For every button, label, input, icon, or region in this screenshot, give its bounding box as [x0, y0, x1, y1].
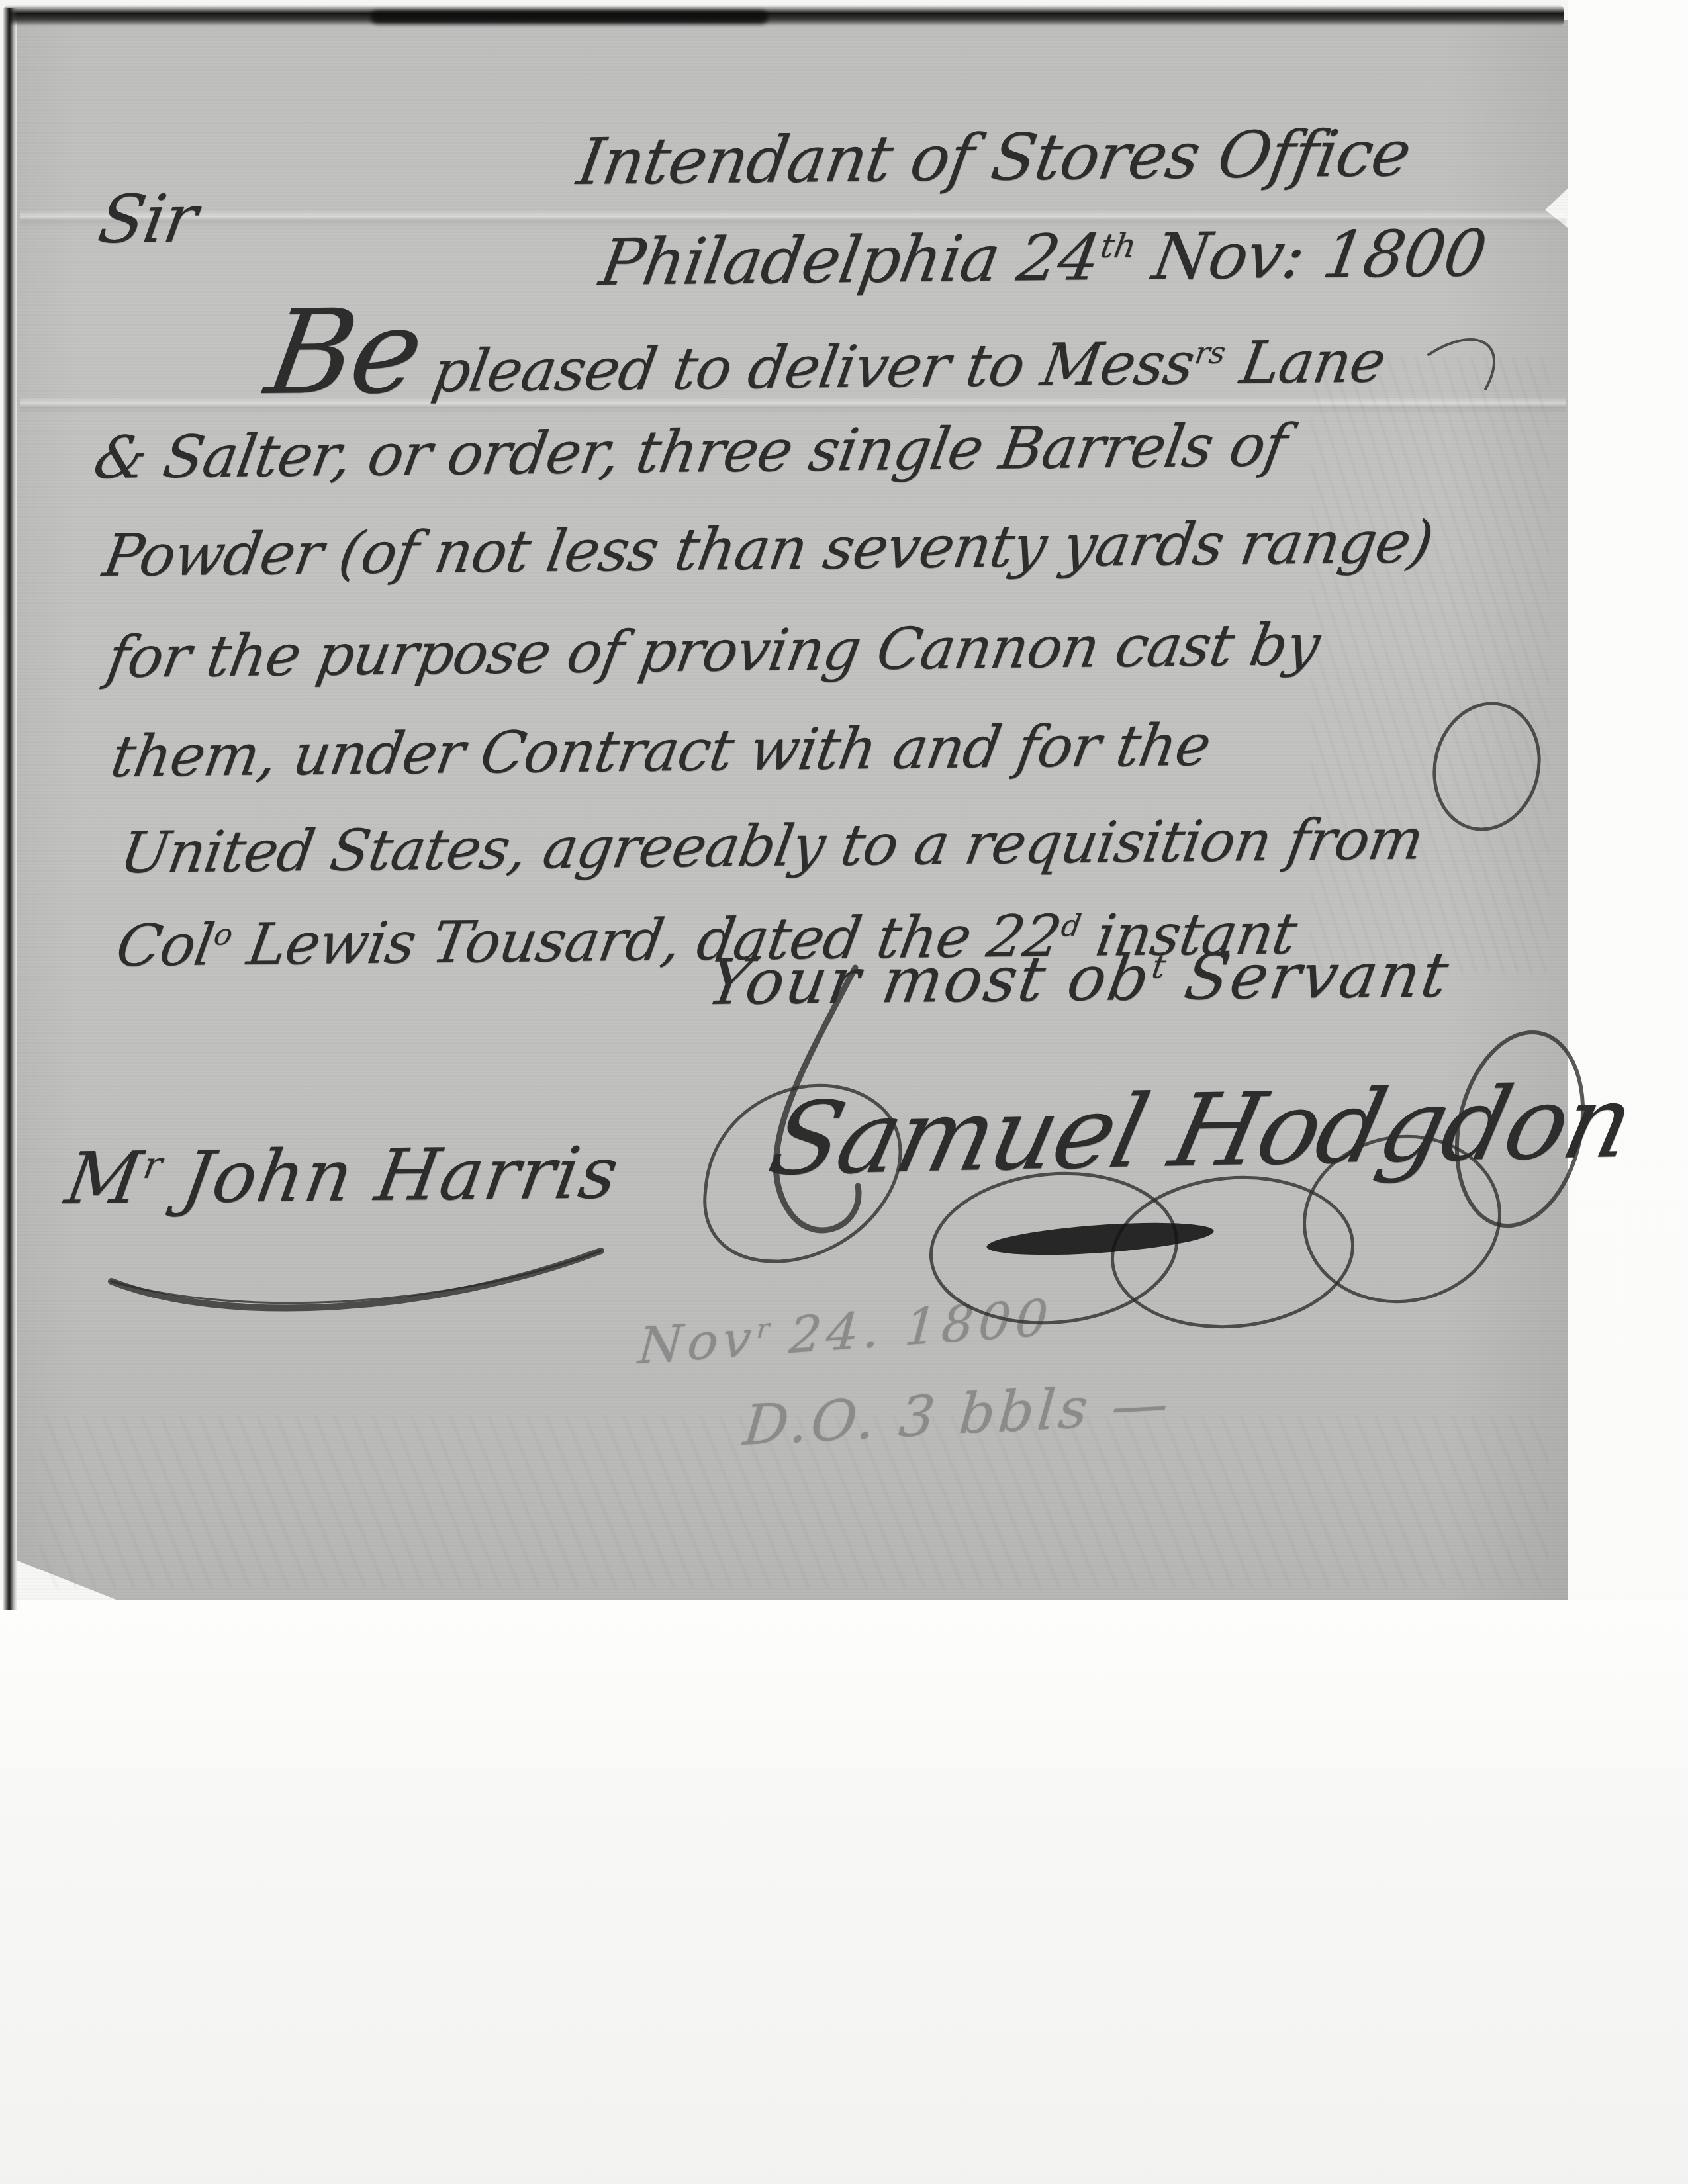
ink-showthrough-right: [1311, 357, 1549, 973]
addressee-title: M: [60, 1137, 149, 1220]
paper-top-edge-smudge: [371, 11, 768, 24]
paper-left-edge-shadow: [3, 8, 17, 1610]
body-line-1-end: Lane: [1218, 327, 1390, 397]
addressee-name: John Harris: [152, 1132, 625, 1219]
pencil-month: Nov: [637, 1308, 759, 1375]
closing-line: Your most obt Servant: [703, 944, 1454, 1015]
body-line-7-rank: Col: [112, 911, 218, 979]
closing-text: Your most ob: [702, 942, 1156, 1019]
body-line-1-initial: Be: [258, 284, 430, 421]
body-line-1-text: pleased to deliver to Mess: [410, 329, 1199, 405]
body-line-4: for the purpose of proving Cannon cast b…: [103, 616, 1323, 686]
body-line-3-text: Powder (of not less than seventy yards r…: [99, 508, 1438, 590]
salutation-text: Sir: [93, 179, 203, 258]
body-line-3: Powder (of not less than seventy yards r…: [99, 513, 1437, 585]
salutation: Sir: [94, 185, 201, 253]
body-line-5: them, under Contract with and for the: [107, 717, 1214, 786]
body-line-6-text: United States, agreeably to a requisitio…: [116, 806, 1428, 886]
office-heading-text: Intendant of Stores Office: [573, 116, 1416, 199]
dateline-month-year: Nov: 1800: [1128, 216, 1491, 295]
body-line-5-text: them, under Contract with and for the: [107, 711, 1215, 790]
body-line-2-text: & Salter, or order, three single Barrels…: [89, 411, 1291, 492]
body-line-4-text: for the purpose of proving Cannon cast b…: [103, 611, 1325, 691]
closing-end: Servant: [1158, 938, 1456, 1015]
signature-text: Samuel Hodgdon: [759, 1063, 1642, 1198]
addressee-line: Mr John Harris: [61, 1138, 624, 1215]
body-line-1: Be pleased to deliver to Messrs Lane: [259, 283, 1397, 412]
paper-top-edge-shadow: [4, 5, 1564, 26]
scanner-area-bottom: [0, 1600, 1688, 2184]
office-heading: Intendant of Stores Office: [573, 121, 1415, 194]
signature: Samuel Hodgdon: [761, 1071, 1640, 1190]
body-line-6: United States, agreeably to a requisitio…: [117, 811, 1427, 882]
body-line-2: & Salter, or order, three single Barrels…: [90, 416, 1291, 487]
